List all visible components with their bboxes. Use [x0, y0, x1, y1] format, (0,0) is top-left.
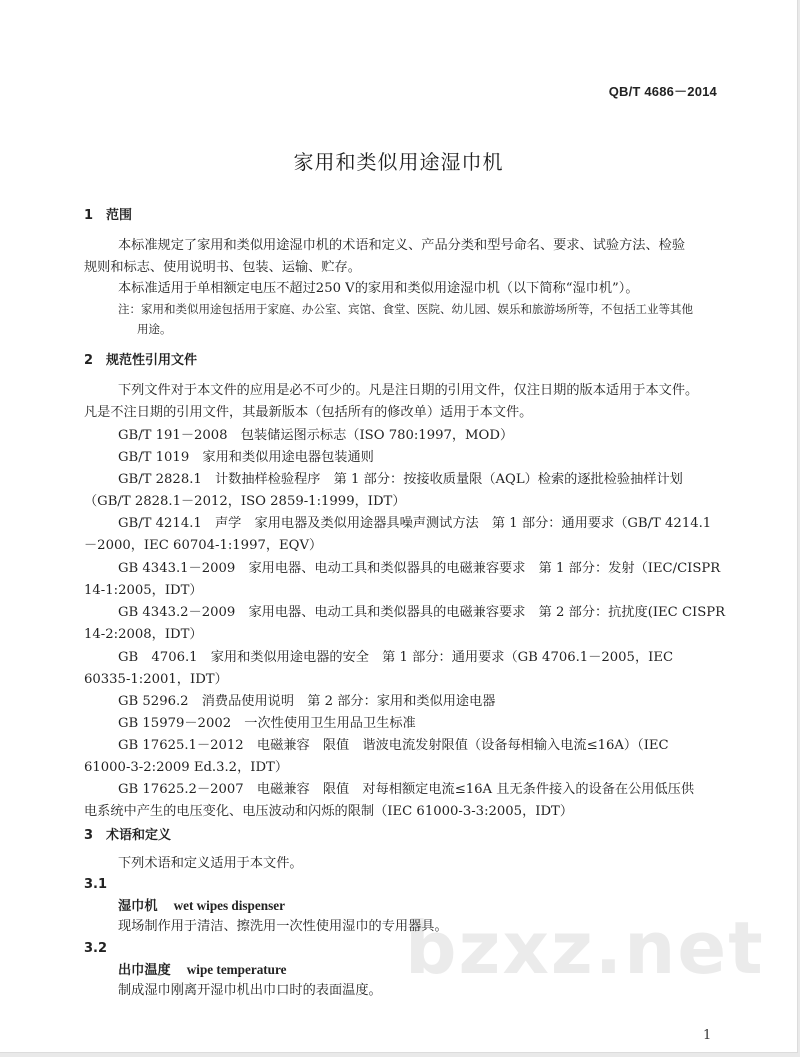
- term-en: wipe temperature: [187, 962, 287, 977]
- term-definition: 现场制作用于清洁、擦洗用一次性使用湿巾的专用器具。: [118, 919, 448, 935]
- watermark: bzxz.net: [405, 912, 765, 984]
- terms-intro: 下列术语和定义适用于本文件。: [118, 856, 303, 872]
- standard-code: QB/T 4686－2014: [609, 81, 717, 100]
- term-heading: 出巾温度wipe temperature: [118, 962, 286, 979]
- reference-item-cont: －2000，IEC 60704-1:1997，EQV）: [84, 538, 322, 554]
- section-1-heading: 1范围: [84, 208, 132, 224]
- reference-item: GB/T 2828.1 计数抽样检验程序 第 1 部分：按接收质量限（AQL）检…: [118, 472, 683, 488]
- term-definition: 制成湿巾刚离开湿巾机出巾口时的表面温度。: [118, 983, 382, 999]
- refs-intro-line2: 凡是不注日期的引用文件，其最新版本（包括所有的修改单）适用于本文件。: [84, 405, 532, 421]
- section-title: 规范性引用文件: [106, 353, 197, 368]
- term-en: wet wipes dispenser: [174, 898, 285, 913]
- reference-item: GB/T 191－2008 包装储运图示标志（ISO 780:1997，MOD）: [118, 428, 513, 444]
- reference-item-cont: 14-2:2008，IDT）: [84, 627, 203, 643]
- term-zh: 湿巾机: [118, 899, 158, 914]
- reference-item: GB 5296.2 消费品使用说明 第 2 部分：家用和类似用途电器: [118, 694, 495, 710]
- scope-note-line1: 注：家用和类似用途包括用于家庭、办公室、宾馆、食堂、医院、幼儿园、娱乐和旅游场所…: [118, 301, 693, 317]
- section-number: 3: [84, 828, 106, 844]
- reference-item: GB/T 1019 家用和类似用途电器包装通则: [118, 450, 374, 466]
- term-heading: 湿巾机wet wipes dispenser: [118, 898, 285, 915]
- reference-item: GB 17625.2－2007 电磁兼容 限值 对每相额定电流≤16A 且无条件…: [118, 782, 694, 798]
- page-number: 1: [703, 1028, 711, 1043]
- document-title: 家用和类似用途湿巾机: [0, 146, 797, 175]
- refs-intro-line1: 下列文件对于本文件的应用是必不可少的。凡是注日期的引用文件，仅注日期的版本适用于…: [118, 383, 698, 399]
- scope-note-line2: 用途。: [137, 321, 172, 337]
- reference-item-cont: 14-1:2005，IDT）: [84, 583, 203, 599]
- section-title: 范围: [106, 208, 132, 223]
- term-zh: 出巾温度: [118, 963, 171, 978]
- term-number: 3.2: [84, 941, 107, 957]
- scope-para1-line2: 规则和标志、使用说明书、包装、运输、贮存。: [84, 260, 361, 276]
- reference-item: GB/T 4214.1 声学 家用电器及类似用途器具噪声测试方法 第 1 部分：…: [118, 516, 711, 532]
- reference-item: GB 15979－2002 一次性使用卫生用品卫生标准: [118, 716, 416, 732]
- section-title: 术语和定义: [106, 828, 171, 843]
- section-number: 2: [84, 353, 106, 369]
- reference-item-cont: 电系统中产生的电压变化、电压波动和闪烁的限制（IEC 61000-3-3:200…: [84, 804, 573, 820]
- reference-item: GB 4343.2－2009 家用电器、电动工具和类似器具的电磁兼容要求 第 2…: [118, 605, 725, 621]
- reference-item-cont: 61000-3-2:2009 Ed.3.2，IDT）: [84, 760, 288, 776]
- section-2-heading: 2规范性引用文件: [84, 353, 197, 369]
- reference-item: GB 17625.1－2012 电磁兼容 限值 谐波电流发射限值（设备每相输入电…: [118, 738, 669, 754]
- reference-item-cont: （GB/T 2828.1－2012，ISO 2859-1:1999，IDT）: [84, 494, 406, 510]
- reference-item-cont: 60335-1:2001，IDT）: [84, 672, 228, 688]
- section-3-heading: 3术语和定义: [84, 828, 171, 844]
- scope-para1-line1: 本标准规定了家用和类似用途湿巾机的术语和定义、产品分类和型号命名、要求、试验方法…: [118, 238, 685, 254]
- reference-item: GB 4706.1 家用和类似用途电器的安全 第 1 部分：通用要求（GB 47…: [118, 650, 673, 666]
- scope-para2: 本标准适用于单相额定电压不超过250 V的家用和类似用途湿巾机（以下简称“湿巾机…: [118, 281, 639, 297]
- document-page: bzxz.net QB/T 4686－2014 家用和类似用途湿巾机 1范围 本…: [0, 0, 798, 1053]
- term-number: 3.1: [84, 877, 107, 893]
- reference-item: GB 4343.1－2009 家用电器、电动工具和类似器具的电磁兼容要求 第 1…: [118, 561, 720, 577]
- section-number: 1: [84, 208, 106, 224]
